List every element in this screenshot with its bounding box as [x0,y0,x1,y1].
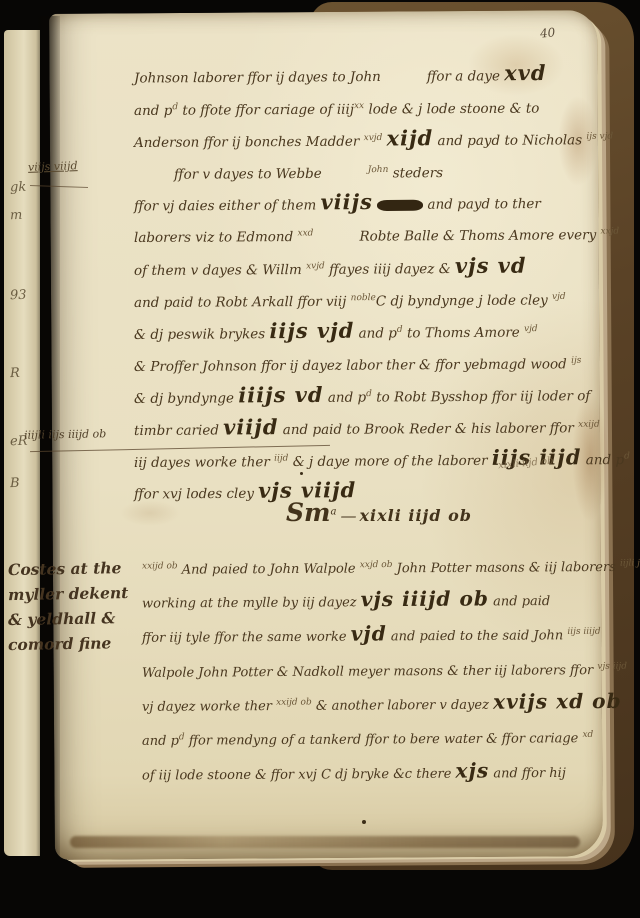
interlinear-note: vjd [524,324,538,334]
amount-text: xjs [455,758,489,782]
facing-page-fragment: B [10,476,20,491]
manuscript-line: Walpole John Potter & Nadkoll meyer maso… [142,651,640,688]
folio-number: 40 [539,25,556,41]
summa-label: Sm [286,498,331,527]
margin-heading-costs-at-mills: Costes at themyller dekent& yeldhall &co… [8,556,138,656]
manuscript-line: ffor iij tyle ffor the same worke vjd an… [142,617,640,654]
word-run: and p [323,390,366,406]
manuscript-photo: gkm93ReRB 40 Johnson laborer ffor ij day… [0,0,640,918]
manuscript-line: and pd to ffote ffor cariage of iiijxx l… [134,90,630,125]
manuscript-line: timbr caried viijd and paid to Brook Red… [134,411,630,446]
interlinear-note: vjd [552,292,566,302]
word-run: and payd to Nicholas [433,132,586,149]
word-run: to ffote ffor cariage of iiij [178,101,354,118]
word-run: John Potter masons & iij laborers [392,560,620,576]
interlinear-note: John [368,165,389,175]
margin-heading-line: myller dekent [8,580,138,607]
manuscript-line: ffor vj daies either of them viijs and p… [134,186,630,221]
interlinear-note: xx [354,101,364,111]
word-run: & dj peswik brykes [134,326,270,343]
interlinear-note: xxijd [578,420,600,430]
manuscript-line: xxijd ob And paied to John Walpole xxjd … [142,548,640,585]
manuscript-line: working at the mylle by iij dayez vjs ii… [142,583,640,620]
interlinear-note: xvjd [364,133,383,143]
interlinear-note: iijs iiijd [567,627,600,637]
amount-text: xvijs xd ob [493,689,622,714]
amount-text: iijs vjd [269,317,354,343]
manuscript-line: Anderson ffor ij bonches Madder xvjd xij… [134,122,630,157]
manuscript-line: of iij lode stoone & ffor xvj C dj bryke… [142,754,640,791]
word-run: ffor v dayes to Webbe [174,166,322,183]
amount-text: vjd [351,622,387,646]
summa-dash: — [336,506,359,525]
summa-total-line: Sma—xixli iijd ob [286,498,472,527]
word-run: and paid to Robt Arkall ffor viij [134,293,351,310]
ink-speck [362,820,366,824]
word-run: working at the mylle by iij dayez [142,596,361,612]
margin-scribble: viijs viijd [28,159,78,174]
manuscript-line: vj dayez worke ther xxijd ob & another l… [142,685,640,722]
word-run: iij dayes worke ther [134,454,274,471]
amount-text: iiijs vd [238,382,323,408]
word-run: ffayes iiij dayez & [325,261,455,278]
word-run: ffor iij tyle ffor the same worke [142,630,351,646]
manuscript-line: and paid to Robt Arkall ffor viij nobleC… [134,282,630,317]
word-run: Robte Balle & Thoms Amore every [359,228,600,245]
interlinear-note: vjs iijd [597,661,627,671]
interlinear-note: xd [582,730,593,740]
word-run: vj dayez worke ther [142,699,276,715]
word-run: to Thoms Amore [403,324,525,341]
word-run: and paid to Brook Reder & his laborer ff… [278,420,578,438]
word-run: Walpole John Potter & Nadkoll meyer maso… [142,663,597,681]
word-run: & another laborer v dayez [312,698,493,714]
facing-page-fragment: gk [10,180,27,196]
manuscript-line: Johnson laborer ffor ij dayes to Johnffo… [134,58,630,93]
manuscript-line: & Proffer Johnson ffor ij dayez labor th… [134,346,630,381]
interlinear-note: d [624,452,630,462]
interlinear-note: xxd [297,229,313,239]
facing-page-fragment: R [10,366,20,381]
amount-text: vjs iiijd ob [361,587,489,612]
amount-text: xijd [387,125,434,150]
interlinear-note: xvjd [306,261,325,271]
word-run: and p [142,734,179,749]
summa-amount: xixli iijd ob [359,506,471,525]
interlinear-note: xxjd [600,227,619,237]
word-run: to Robt Bysshop ffor iij loder of [372,388,591,405]
manuscript-line: & dj peswik brykes iijs vjd and pd to Th… [134,314,630,349]
amount-text: viijd [223,414,278,439]
amount-text: viijs [320,189,373,214]
margin-heading-line: comord fine [8,630,138,657]
account-entry-block-mill-works: xxijd ob And paied to John Walpole xxjd … [142,550,640,790]
interlinear-note: xxijd ob [276,697,312,707]
word-run: and payd to ther [423,196,541,213]
interlinear-note: ijs [571,356,581,366]
word-run: & j daye more of the laborer [288,453,492,470]
interlinear-note: xxijd ob [142,561,178,571]
amount-text: xvd [504,60,546,85]
margin-sum-note: iiijli iijs iiijd ob [24,427,106,441]
margin-heading-line: Costes at the [8,555,138,582]
interlinear-note: iijd [274,454,288,464]
word-run: And paied to John Walpole [178,562,360,578]
ink-blot [377,200,423,211]
word-run: C dj byndynge j lode cley [376,292,552,309]
interlinear-note: xxjd ob [360,560,393,570]
word-run: steders [388,165,443,181]
bottom-edge-smudge [70,836,580,848]
amount-text: vjs vd [455,252,527,277]
word-run: Anderson ffor ij bonches Madder [134,133,364,150]
word-run: of iij lode stoone & ffor xvj C dj bryke… [142,766,456,783]
word-run: laborers viz to Edmond [134,229,298,246]
word-run: of them v dayes & Willm [134,262,306,279]
facing-page-fragment: m [10,208,23,223]
word-run: and paid [489,594,550,609]
word-run: and ffor hij [489,766,566,781]
word-run: and p [581,452,624,468]
word-run: and p [354,325,397,341]
manuscript-line: of them v dayes & Willm xvjd ffayes iiij… [134,250,630,285]
facing-page-edge: gkm93ReRB [4,30,40,856]
word-run: and p [134,102,172,118]
word-run: ffor mendyng of a tankerd ffor to bere w… [185,731,583,748]
word-run: timbr caried [134,423,223,440]
word-run: ffor vj daies either of them [134,197,321,214]
word-run: ffor xvj lodes cley [134,486,258,503]
word-run: & dj byndynge [134,390,238,407]
facing-page-fragment: 93 [10,288,27,304]
word-run: lode & j lode stoone & to [364,100,539,117]
word-run: & Proffer Johnson ffor ij dayez labor th… [134,356,571,375]
word-run: ffor a daye [427,68,504,84]
interlinear-note: ijs vjd [586,131,613,141]
manuscript-line: and pd ffor mendyng of a tankerd ffor to… [142,720,640,757]
word-run: Johnson laborer ffor ij dayes to John [134,69,381,87]
account-entry-block-building-works: Johnson laborer ffor ij dayes to Johnffo… [134,60,630,508]
margin-heading-line: & yeldhall & [8,605,138,632]
manuscript-line: & dj byndynge iiijs vd and pd to Robt By… [134,378,630,413]
word-run: and paied to the said John [387,629,568,645]
interlinear-note: iijli jd [620,558,640,568]
manuscript-line: laborers viz to Edmond xxdRobte Balle & … [134,218,630,253]
manuscript-line: ffor v dayes to WebbeJohn steders [134,154,630,189]
interlinear-note: noble [351,293,376,303]
